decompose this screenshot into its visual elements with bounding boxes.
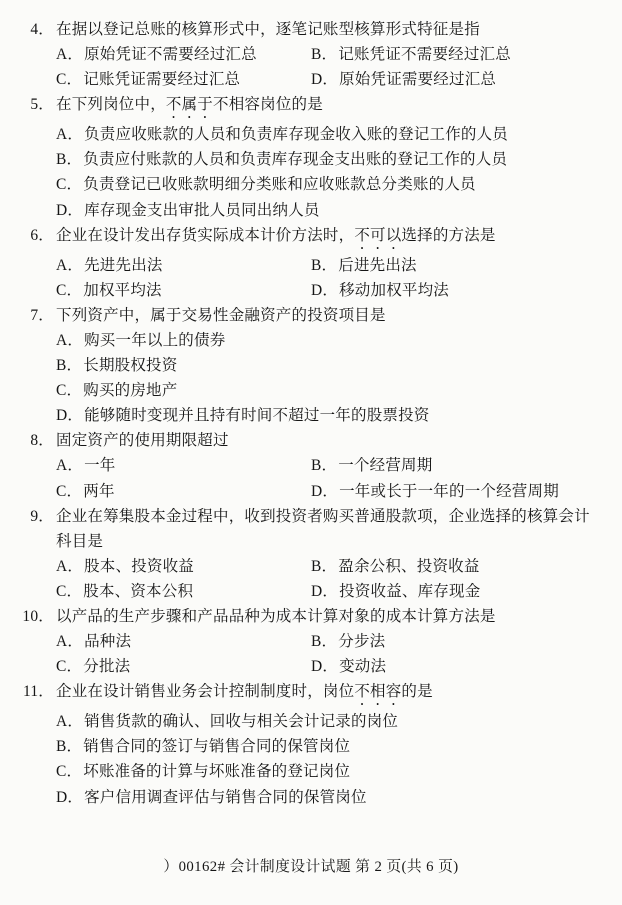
option-text: 先进先出法 — [84, 257, 163, 274]
question-stem: 在下列岗位中，不属于不相容岗位的是 — [56, 92, 600, 122]
option-row: D．能够随时变现并且持有时间不超过一年的股票投资 — [56, 403, 600, 428]
option-text: 购买一年以上的债券 — [84, 332, 225, 349]
option-10-B: B．分步法 — [311, 633, 385, 650]
option-label: B． — [311, 46, 337, 63]
option-label: C． — [56, 71, 82, 88]
option-5-C: C．负责登记已收账款明细分类账和应收账款总分类账的人员 — [56, 176, 476, 193]
option-row: B．销售合同的签订与销售合同的保管岗位 — [56, 734, 600, 759]
option-row: A．先进先出法B．后进先出法 — [56, 253, 600, 278]
option-label: C． — [56, 176, 82, 193]
emphasized-text: 不可以 — [354, 227, 401, 244]
option-label: A． — [56, 457, 83, 474]
option-8-B: B．一个经营周期 — [311, 457, 432, 474]
option-row: A．品种法B．分步法 — [56, 629, 600, 654]
stem-text: 企业在筹集股本金过程中，收到投资者购买普通股款项，企业选择的核算会计科目是 — [56, 508, 590, 550]
option-7-A: A．购买一年以上的债券 — [56, 332, 225, 349]
option-row: C．记账凭证需要经过汇总D．原始凭证需要经过汇总 — [56, 67, 600, 92]
option-text: 股本、投资收益 — [84, 558, 194, 575]
option-7-C: C．购买的房地产 — [56, 382, 177, 399]
option-10-D: D．变动法 — [311, 658, 386, 675]
option-row: B．负责应付账款的人员和负责库存现金支出账的登记工作的人员 — [56, 147, 600, 172]
option-text: 原始凭证不需要经过汇总 — [84, 46, 257, 63]
option-6-D: D．移动加权平均法 — [311, 282, 449, 299]
stem-text: 的是 — [401, 683, 432, 700]
option-text: 记账凭证需要经过汇总 — [83, 71, 240, 88]
page-footer: ）00162# 会计制度设计试题 第 2 页(共 6 页) — [0, 855, 622, 876]
option-7-B: B．长期股权投资 — [56, 357, 177, 374]
option-label: C． — [56, 658, 82, 675]
option-label: A． — [56, 126, 83, 143]
option-row: D．库存现金支出审批人员同出纳人员 — [56, 198, 600, 223]
option-text: 移动加权平均法 — [339, 282, 449, 299]
option-row: C．坏账准备的计算与坏账准备的登记岗位 — [56, 759, 600, 784]
option-4-D: D．原始凭证需要经过汇总 — [311, 71, 496, 88]
option-row: A．一年B．一个经营周期 — [56, 453, 600, 478]
option-row: C．加权平均法D．移动加权平均法 — [56, 278, 600, 303]
emphasized-text: 不相容 — [354, 683, 401, 700]
question-number: 5． — [0, 92, 54, 117]
stem-text: 下列资产中，属于交易性金融资产的投资项目是 — [56, 307, 386, 324]
question-stem: 在据以登记总账的核算形式中，逐笔记账型核算形式特征是指 — [56, 17, 600, 42]
question-9: 9．企业在筹集股本金过程中，收到投资者购买普通股款项，企业选择的核算会计科目是A… — [0, 504, 600, 604]
emphasized-text: 不属于 — [166, 96, 213, 113]
option-4-C: C．记账凭证需要经过汇总 — [56, 67, 311, 92]
stem-text: 企业在设计销售业务会计控制制度时，岗位 — [56, 683, 354, 700]
question-6: 6．企业在设计发出存货实际成本计价方法时，不可以选择的方法是A．先进先出法B．后… — [0, 223, 600, 303]
question-10: 10．以产品的生产步骤和产品品种为成本计算对象的成本计算方法是A．品种法B．分步… — [0, 604, 600, 679]
option-text: 加权平均法 — [83, 282, 162, 299]
option-9-C: C．股本、资本公积 — [56, 579, 311, 604]
option-text: 盈余公积、投资收益 — [338, 558, 479, 575]
question-11: 11．企业在设计销售业务会计控制制度时，岗位不相容的是A．销售货款的确认、回收与… — [0, 679, 600, 809]
option-row: C．两年D．一年或长于一年的一个经营周期 — [56, 479, 600, 504]
option-label: D． — [311, 483, 338, 500]
option-8-A: A．一年 — [56, 453, 311, 478]
option-8-C: C．两年 — [56, 479, 311, 504]
option-6-C: C．加权平均法 — [56, 278, 311, 303]
option-label: D． — [311, 282, 338, 299]
question-stem: 企业在筹集股本金过程中，收到投资者购买普通股款项，企业选择的核算会计科目是 — [56, 504, 600, 554]
stem-text: 不相容岗位的是 — [213, 96, 323, 113]
option-row: A．购买一年以上的债券 — [56, 328, 600, 353]
question-number: 9． — [0, 504, 54, 529]
stem-text: 在据以登记总账的核算形式中，逐笔记账型核算形式特征是指 — [56, 21, 480, 38]
option-text: 一年 — [84, 457, 115, 474]
option-text: 股本、资本公积 — [83, 583, 193, 600]
option-label: B． — [311, 257, 337, 274]
option-label: C． — [56, 382, 82, 399]
question-number: 11． — [0, 679, 54, 704]
question-stem: 企业在设计发出存货实际成本计价方法时，不可以选择的方法是 — [56, 223, 600, 253]
option-label: D． — [56, 202, 83, 219]
option-label: D． — [56, 407, 83, 424]
option-row: A．负责应收账款的人员和负责库存现金收入账的登记工作的人员 — [56, 122, 600, 147]
option-text: 客户信用调查评估与销售合同的保管岗位 — [84, 789, 367, 806]
option-label: D． — [311, 71, 338, 88]
stem-text: 在下列岗位中， — [56, 96, 166, 113]
option-text: 购买的房地产 — [83, 382, 177, 399]
option-label: B． — [56, 738, 82, 755]
option-label: D． — [311, 583, 338, 600]
option-5-B: B．负责应付账款的人员和负责库存现金支出账的登记工作的人员 — [56, 151, 507, 168]
option-text: 两年 — [83, 483, 114, 500]
option-9-A: A．股本、投资收益 — [56, 554, 311, 579]
option-text: 品种法 — [84, 633, 131, 650]
option-11-D: D．客户信用调查评估与销售合同的保管岗位 — [56, 789, 367, 806]
option-label: A． — [56, 46, 83, 63]
option-label: B． — [311, 633, 337, 650]
option-text: 负责登记已收账款明细分类账和应收账款总分类账的人员 — [83, 176, 476, 193]
option-text: 原始凭证需要经过汇总 — [339, 71, 496, 88]
option-text: 投资收益、库存现金 — [339, 583, 480, 600]
option-text: 一年或长于一年的一个经营周期 — [339, 483, 559, 500]
questions-list: 4．在据以登记总账的核算形式中，逐笔记账型核算形式特征是指A．原始凭证不需要经过… — [0, 17, 600, 810]
option-label: C． — [56, 282, 82, 299]
option-row: A．销售货款的确认、回收与相关会计记录的岗位 — [56, 709, 600, 734]
question-number: 8． — [0, 428, 54, 453]
option-4-A: A．原始凭证不需要经过汇总 — [56, 42, 311, 67]
option-text: 销售货款的确认、回收与相关会计记录的岗位 — [84, 713, 398, 730]
question-stem: 企业在设计销售业务会计控制制度时，岗位不相容的是 — [56, 679, 600, 709]
stem-text: 选择的方法是 — [401, 227, 495, 244]
option-label: B． — [56, 151, 82, 168]
option-11-A: A．销售货款的确认、回收与相关会计记录的岗位 — [56, 713, 398, 730]
option-row: A．原始凭证不需要经过汇总B．记账凭证不需要经过汇总 — [56, 42, 600, 67]
option-text: 变动法 — [339, 658, 386, 675]
question-number: 4． — [0, 17, 54, 42]
question-7: 7．下列资产中，属于交易性金融资产的投资项目是A．购买一年以上的债券B．长期股权… — [0, 303, 600, 428]
option-text: 负责应收账款的人员和负责库存现金收入账的登记工作的人员 — [84, 126, 508, 143]
question-8: 8．固定资产的使用期限超过A．一年B．一个经营周期C．两年D．一年或长于一年的一… — [0, 428, 600, 503]
option-6-A: A．先进先出法 — [56, 253, 311, 278]
option-9-D: D．投资收益、库存现金 — [311, 583, 480, 600]
option-row: C．购买的房地产 — [56, 378, 600, 403]
option-label: A． — [56, 257, 83, 274]
exam-page: 4．在据以登记总账的核算形式中，逐笔记账型核算形式特征是指A．原始凭证不需要经过… — [0, 0, 622, 810]
option-text: 库存现金支出审批人员同出纳人员 — [84, 202, 320, 219]
option-4-B: B．记账凭证不需要经过汇总 — [311, 46, 511, 63]
option-10-C: C．分批法 — [56, 654, 311, 679]
option-label: A． — [56, 558, 83, 575]
option-label: C． — [56, 483, 82, 500]
option-label: A． — [56, 713, 83, 730]
question-stem: 以产品的生产步骤和产品品种为成本计算对象的成本计算方法是 — [56, 604, 600, 629]
option-row: C．负责登记已收账款明细分类账和应收账款总分类账的人员 — [56, 172, 600, 197]
option-7-D: D．能够随时变现并且持有时间不超过一年的股票投资 — [56, 407, 430, 424]
option-row: A．股本、投资收益B．盈余公积、投资收益 — [56, 554, 600, 579]
option-10-A: A．品种法 — [56, 629, 311, 654]
option-row: C．股本、资本公积D．投资收益、库存现金 — [56, 579, 600, 604]
stem-text: 固定资产的使用期限超过 — [56, 432, 229, 449]
question-number: 7． — [0, 303, 54, 328]
option-label: A． — [56, 332, 83, 349]
option-row: B．长期股权投资 — [56, 353, 600, 378]
option-row: C．分批法D．变动法 — [56, 654, 600, 679]
option-5-D: D．库存现金支出审批人员同出纳人员 — [56, 202, 320, 219]
option-label: B． — [56, 357, 82, 374]
option-text: 记账凭证不需要经过汇总 — [338, 46, 511, 63]
stem-text: 企业在设计发出存货实际成本计价方法时， — [56, 227, 354, 244]
option-label: A． — [56, 633, 83, 650]
option-text: 一个经营周期 — [338, 457, 432, 474]
option-11-C: C．坏账准备的计算与坏账准备的登记岗位 — [56, 763, 350, 780]
question-number: 10． — [0, 604, 54, 629]
option-5-A: A．负责应收账款的人员和负责库存现金收入账的登记工作的人员 — [56, 126, 508, 143]
option-label: C． — [56, 763, 82, 780]
question-4: 4．在据以登记总账的核算形式中，逐笔记账型核算形式特征是指A．原始凭证不需要经过… — [0, 17, 600, 92]
option-label: B． — [311, 558, 337, 575]
option-text: 销售合同的签订与销售合同的保管岗位 — [83, 738, 350, 755]
stem-text: 以产品的生产步骤和产品品种为成本计算对象的成本计算方法是 — [56, 608, 496, 625]
option-text: 分批法 — [83, 658, 130, 675]
question-5: 5．在下列岗位中，不属于不相容岗位的是A．负责应收账款的人员和负责库存现金收入账… — [0, 92, 600, 222]
question-number: 6． — [0, 223, 54, 248]
option-label: D． — [56, 789, 83, 806]
option-text: 分步法 — [338, 633, 385, 650]
option-11-B: B．销售合同的签订与销售合同的保管岗位 — [56, 738, 350, 755]
option-8-D: D．一年或长于一年的一个经营周期 — [311, 483, 559, 500]
option-6-B: B．后进先出法 — [311, 257, 417, 274]
option-text: 坏账准备的计算与坏账准备的登记岗位 — [83, 763, 350, 780]
option-text: 负责应付账款的人员和负责库存现金支出账的登记工作的人员 — [83, 151, 507, 168]
option-text: 长期股权投资 — [83, 357, 177, 374]
option-text: 后进先出法 — [338, 257, 417, 274]
option-label: D． — [311, 658, 338, 675]
option-text: 能够随时变现并且持有时间不超过一年的股票投资 — [84, 407, 429, 424]
question-stem: 下列资产中，属于交易性金融资产的投资项目是 — [56, 303, 600, 328]
option-row: D．客户信用调查评估与销售合同的保管岗位 — [56, 785, 600, 810]
option-label: C． — [56, 583, 82, 600]
option-label: B． — [311, 457, 337, 474]
question-stem: 固定资产的使用期限超过 — [56, 428, 600, 453]
footer-text: ）00162# 会计制度设计试题 第 2 页(共 6 页) — [163, 859, 458, 875]
option-9-B: B．盈余公积、投资收益 — [311, 558, 480, 575]
